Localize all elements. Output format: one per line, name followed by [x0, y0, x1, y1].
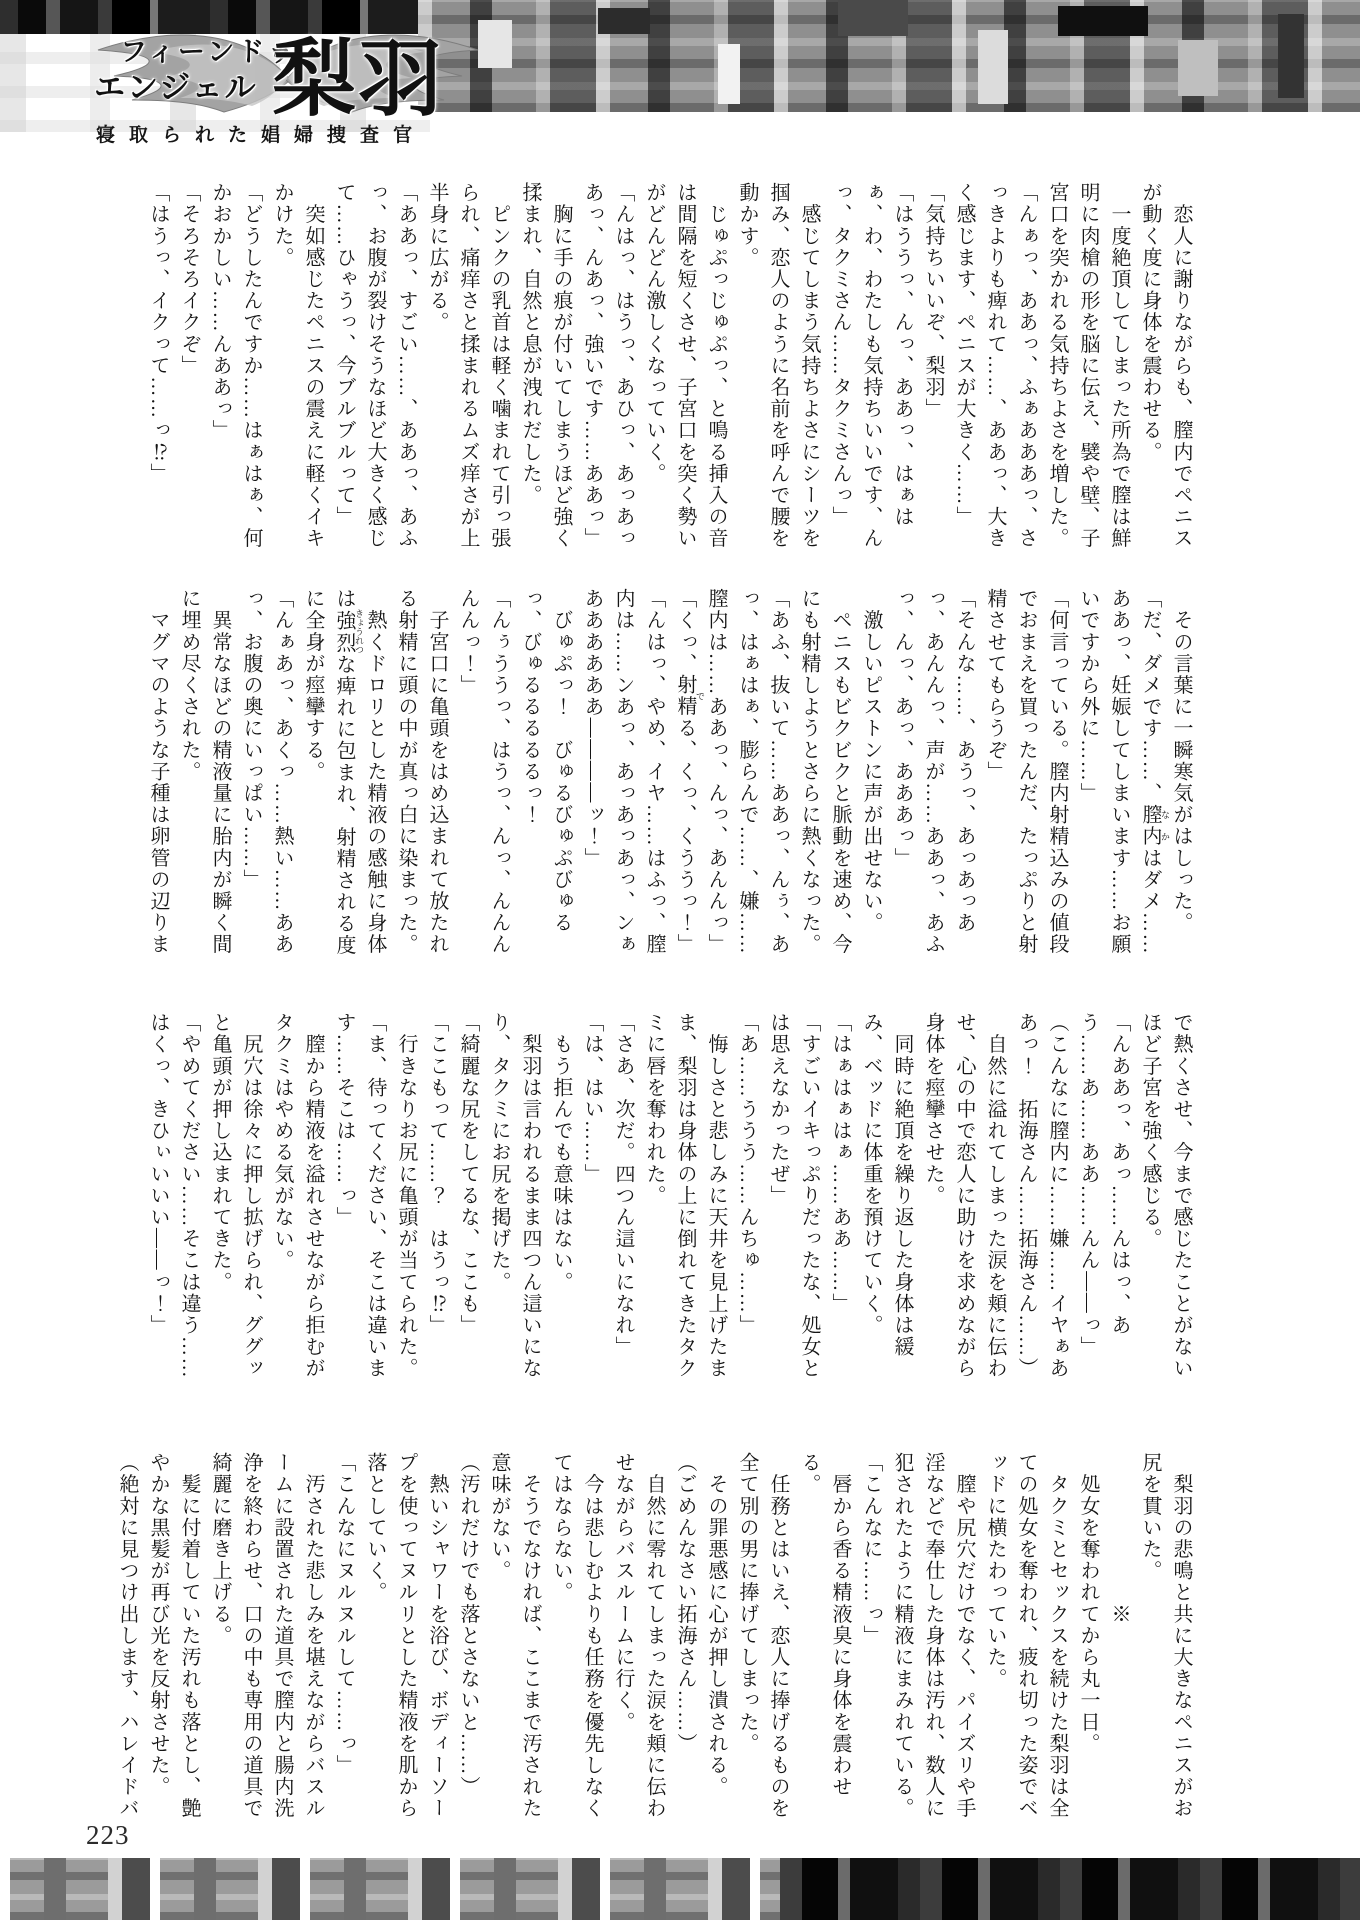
series-logo: フィーンドゥ エンジェル 梨羽 寝取られた娼婦捜査官: [68, 18, 508, 136]
glitch-bit: [1178, 40, 1218, 96]
glitch-bit: [598, 8, 650, 34]
text-band-4: 梨羽の悲鳴と共に大きなペニスがお尻を貫いた。 ※ 処女を奪われてから丸一日。 タ…: [84, 1452, 1196, 1834]
bottom-glitch-right: [780, 1858, 1360, 1920]
text-band-2: その言葉に一瞬寒気がはしった。 「だ、ダメです……、膣内なかはダメ……ああっ、妊…: [84, 588, 1196, 970]
glitch-bit: [1058, 6, 1148, 36]
glitch-bit: [1278, 14, 1304, 98]
glitch-bit: [718, 44, 740, 104]
header-right-glitch-block: [418, 0, 1360, 112]
text-band-3: で熱くさせ、今まで感じたことがないほど子宮を強く感じる。 「んああっ、あっ……ん…: [84, 1012, 1196, 1394]
bottom-glitch-left: [0, 1858, 780, 1920]
subtitle: 寝取られた娼婦捜査官: [96, 120, 426, 147]
glitch-bit: [838, 0, 908, 36]
glitch-bit: [978, 30, 1008, 104]
page-number: 223: [86, 1820, 130, 1851]
title-main: 梨羽: [272, 12, 444, 133]
bottom-glitch-strip: [0, 1858, 1360, 1920]
text-band-1: 恋人に謝りながらも、膣内でペニスが動く度に身体を震わせる。 一度絶頂してしまった…: [84, 182, 1196, 564]
title-katakana-line2: エンジェル: [94, 62, 258, 107]
scanned-novel-page: フィーンドゥ エンジェル 梨羽 寝取られた娼婦捜査官 恋人に謝りながらも、膣内で…: [0, 0, 1360, 1920]
